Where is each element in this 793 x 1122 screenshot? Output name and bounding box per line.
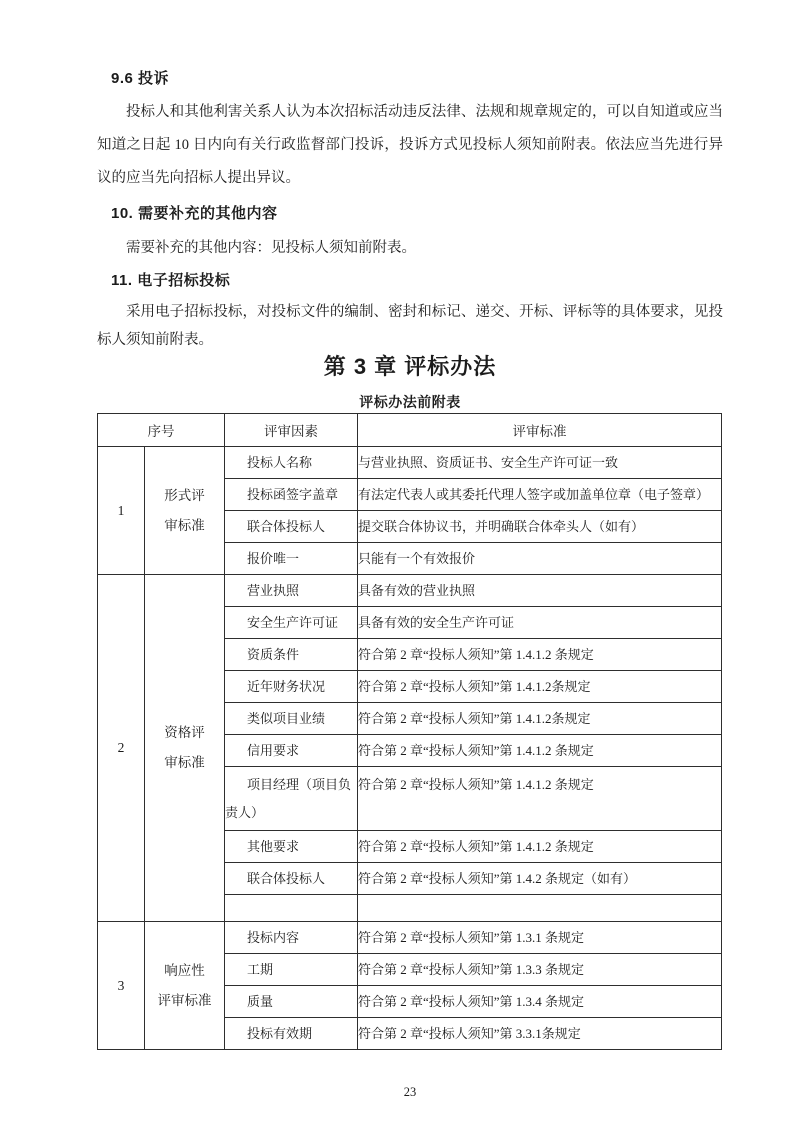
standard-cell: 符合第 2 章“投标人须知”第 1.4.1.2条规定 bbox=[358, 671, 722, 703]
factor-cell: 项目经理（项目负责人） bbox=[225, 767, 358, 831]
table-header-factor: 评审因素 bbox=[225, 414, 358, 447]
chapter-title: 第 3 章 评标办法 bbox=[97, 354, 723, 380]
standard-cell: 符合第 2 章“投标人须知”第 1.4.1.2 条规定 bbox=[358, 639, 722, 671]
section-10-paragraph: 需要补充的其他内容：见投标人须知前附表。 bbox=[97, 232, 723, 265]
standard-cell: 符合第 2 章“投标人须知”第 1.4.1.2 条规定 bbox=[358, 831, 722, 863]
standard-cell: 具备有效的营业执照 bbox=[358, 575, 722, 607]
evaluation-criteria-table: 序号 评审因素 评审标准 1形式评 审标准投标人名称与营业执照、资质证书、安全生… bbox=[97, 413, 722, 1050]
standard-cell: 符合第 2 章“投标人须知”第 1.3.3 条规定 bbox=[358, 954, 722, 986]
page-number: 23 bbox=[97, 1084, 723, 1100]
standard-cell bbox=[358, 895, 722, 922]
section-heading-9-6: 9.6 投诉 bbox=[111, 68, 723, 89]
seq-cell: 3 bbox=[98, 922, 145, 1050]
table-header-standard: 评审标准 bbox=[358, 414, 722, 447]
standard-cell: 有法定代表人或其委托代理人签字或加盖单位章（电子签章） bbox=[358, 479, 722, 511]
table-caption: 评标办法前附表 bbox=[97, 392, 723, 412]
factor-cell: 质量 bbox=[225, 986, 358, 1018]
standard-cell: 符合第 2 章“投标人须知”第 1.3.1 条规定 bbox=[358, 922, 722, 954]
document-page: 9.6 投诉 投标人和其他利害关系人认为本次招标活动违反法律、法规和规章规定的，… bbox=[0, 0, 793, 1122]
factor-cell: 投标有效期 bbox=[225, 1018, 358, 1050]
standard-cell: 提交联合体协议书，并明确联合体牵头人（如有） bbox=[358, 511, 722, 543]
page-content: 9.6 投诉 投标人和其他利害关系人认为本次招标活动违反法律、法规和规章规定的，… bbox=[97, 0, 723, 1100]
standard-cell: 符合第 2 章“投标人须知”第 1.4.1.2 条规定 bbox=[358, 767, 722, 831]
category-cell: 资格评 审标准 bbox=[145, 575, 225, 922]
category-cell: 响应性 评审标准 bbox=[145, 922, 225, 1050]
factor-cell: 信用要求 bbox=[225, 735, 358, 767]
table-header-row: 序号 评审因素 评审标准 bbox=[98, 414, 722, 447]
category-cell: 形式评 审标准 bbox=[145, 447, 225, 575]
factor-cell: 工期 bbox=[225, 954, 358, 986]
seq-cell: 2 bbox=[98, 575, 145, 922]
section-9-6-paragraph: 投标人和其他利害关系人认为本次招标活动违反法律、法规和规章规定的，可以自知道或应… bbox=[97, 96, 723, 195]
factor-cell: 投标内容 bbox=[225, 922, 358, 954]
standard-cell: 与营业执照、资质证书、安全生产许可证一致 bbox=[358, 447, 722, 479]
factor-cell: 近年财务状况 bbox=[225, 671, 358, 703]
standard-cell: 符合第 2 章“投标人须知”第 1.4.1.2 条规定 bbox=[358, 735, 722, 767]
section-11-paragraph: 采用电子招标投标，对投标文件的编制、密封和标记、递交、开标、评标等的具体要求，见… bbox=[97, 298, 723, 354]
table-row: 2资格评 审标准营业执照具备有效的营业执照 bbox=[98, 575, 722, 607]
section-heading-11: 11. 电子招标投标 bbox=[111, 270, 723, 291]
factor-cell: 报价唯一 bbox=[225, 543, 358, 575]
standard-cell: 符合第 2 章“投标人须知”第 1.4.2 条规定（如有） bbox=[358, 863, 722, 895]
table-row: 3响应性 评审标准投标内容符合第 2 章“投标人须知”第 1.3.1 条规定 bbox=[98, 922, 722, 954]
factor-cell: 联合体投标人 bbox=[225, 863, 358, 895]
factor-cell bbox=[225, 895, 358, 922]
standard-cell: 符合第 2 章“投标人须知”第 3.3.1条规定 bbox=[358, 1018, 722, 1050]
section-heading-10: 10. 需要补充的其他内容 bbox=[111, 203, 723, 224]
factor-cell: 安全生产许可证 bbox=[225, 607, 358, 639]
factor-cell: 投标函签字盖章 bbox=[225, 479, 358, 511]
factor-cell: 投标人名称 bbox=[225, 447, 358, 479]
criteria-table-body: 1形式评 审标准投标人名称与营业执照、资质证书、安全生产许可证一致投标函签字盖章… bbox=[98, 447, 722, 1050]
standard-cell: 具备有效的安全生产许可证 bbox=[358, 607, 722, 639]
factor-cell: 营业执照 bbox=[225, 575, 358, 607]
standard-cell: 符合第 2 章“投标人须知”第 1.4.1.2条规定 bbox=[358, 703, 722, 735]
seq-cell: 1 bbox=[98, 447, 145, 575]
factor-cell: 其他要求 bbox=[225, 831, 358, 863]
table-header-seq: 序号 bbox=[98, 414, 225, 447]
factor-cell: 类似项目业绩 bbox=[225, 703, 358, 735]
factor-cell: 联合体投标人 bbox=[225, 511, 358, 543]
factor-cell: 资质条件 bbox=[225, 639, 358, 671]
standard-cell: 符合第 2 章“投标人须知”第 1.3.4 条规定 bbox=[358, 986, 722, 1018]
standard-cell: 只能有一个有效报价 bbox=[358, 543, 722, 575]
table-row: 1形式评 审标准投标人名称与营业执照、资质证书、安全生产许可证一致 bbox=[98, 447, 722, 479]
